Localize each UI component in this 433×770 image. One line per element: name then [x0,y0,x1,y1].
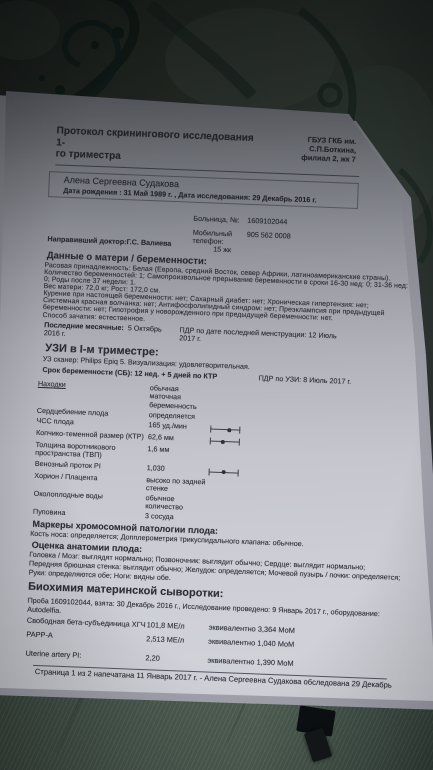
biochem-label: Uterine artery PI: [25,650,145,663]
doc-title: Протокол скринингового исследования 1- г… [56,125,261,167]
edd-by-ultrasound: ПДР по УЗИ: 8 Июль 2017 г. [258,374,351,386]
finding-value: обычное количество [145,494,208,513]
clinic-note: 15 жк [213,245,231,254]
paper-sheet: Протокол скринингового исследования 1- г… [0,85,433,730]
range-plot-icon [210,437,240,447]
range-plot-icon [210,425,240,435]
finding-value: 1,6 мм [147,445,209,456]
range-plot-icon [208,467,238,477]
finding-label: Хорион / Плацента [34,471,146,483]
biochem-value: 101,8 МЕ/л [147,622,209,633]
biochem-value: 2,20 [145,654,207,665]
referring-doctor: Направивший доктор:Г.С. Валиева [47,235,171,248]
dark-object [292,704,344,766]
finding-label: ЧСС плода [36,417,148,429]
biochem-mom: эквивалентно 1,390 МоМ [207,657,397,673]
doc-header: Протокол скринингового исследования 1- г… [56,125,357,171]
finding-label: Находки [38,380,150,392]
finding-value: 62,6 мм [148,433,210,444]
finding-value: 1,030 [147,464,209,475]
biochem-label: Свободная бета-субъединица ХГЧ [27,617,147,630]
clinic-name: ГБУЗ ГКБ им. С.П.Боткина, филиал 2, жк 7 [260,133,357,171]
photo-scene: Протокол скринингового исследования 1- г… [0,0,433,770]
document: Протокол скринингового исследования 1- г… [25,121,418,690]
mobile-phone-label: Мобильный телефон: [192,228,235,246]
hospital-number-label: Больница, №: [193,214,240,224]
biochem-mom: эквивалентно 1,040 МоМ [208,637,398,653]
mobile-phone-value: 905 562 0008 [247,230,291,240]
patient-box: Алена Сергеевна Судакова Дата рождения :… [48,171,359,209]
finding-value: обычная маточная беременность [149,384,212,411]
finding-label: Венозный проток PI [35,459,147,471]
finding-value: 165 уд./мин [148,421,210,432]
findings-table: Находки обычная маточная беременность Се… [33,380,408,530]
finding-value: 3 сосуда [145,512,207,523]
finding-label: Околоплодные воды [34,490,146,502]
biochem-value: 2,513 МЕ/л [146,635,208,646]
hospital-number-value: 1609102044 [247,216,287,226]
finding-label: Копчико-теменной размер (КТР) [36,429,148,441]
finding-value: высоко по задней стенке [146,476,209,495]
biochem-label: PAPP-A [26,630,146,643]
